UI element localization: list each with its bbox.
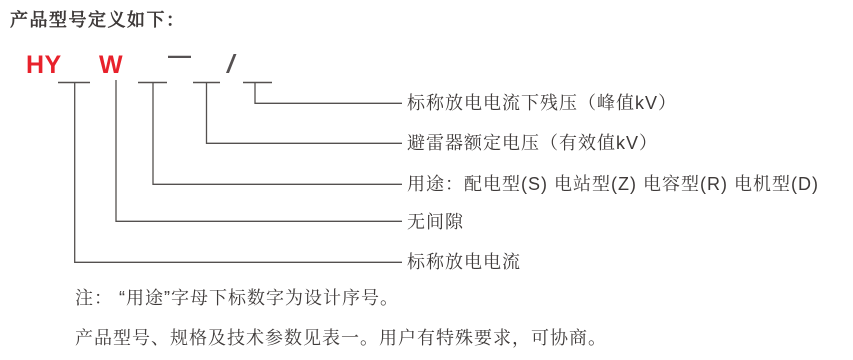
label-rated-voltage: 避雷器额定电压（有效值kV） — [407, 133, 658, 153]
model-definition-diagram: 产品型号定义如下： HY W — / 标称放电电流下残压（峰值kV） 避雷器额定… — [0, 0, 853, 360]
label-gapless: 无间隙 — [407, 212, 464, 232]
note-specifications: 产品型号、规格及技术参数见表一。用户有特殊要求，可协商。 — [75, 328, 607, 349]
note-design-serial-number: 注： “用途”字母下标数字为设计序号。 — [75, 288, 399, 309]
page-title: 产品型号定义如下： — [10, 6, 186, 32]
label-nominal-discharge-current: 标称放电电流 — [407, 252, 521, 272]
model-code-gapless-letter: W — [99, 53, 123, 78]
label-residual-voltage: 标称放电电流下残压（峰值kV） — [407, 93, 677, 113]
model-code-prefix: HY — [26, 53, 62, 78]
model-code-dash-separator: — — [168, 44, 191, 67]
model-code-slash-separator: / — [226, 51, 236, 77]
label-application: 用途：配电型(S) 电站型(Z) 电容型(R) 电机型(D) — [407, 174, 819, 194]
